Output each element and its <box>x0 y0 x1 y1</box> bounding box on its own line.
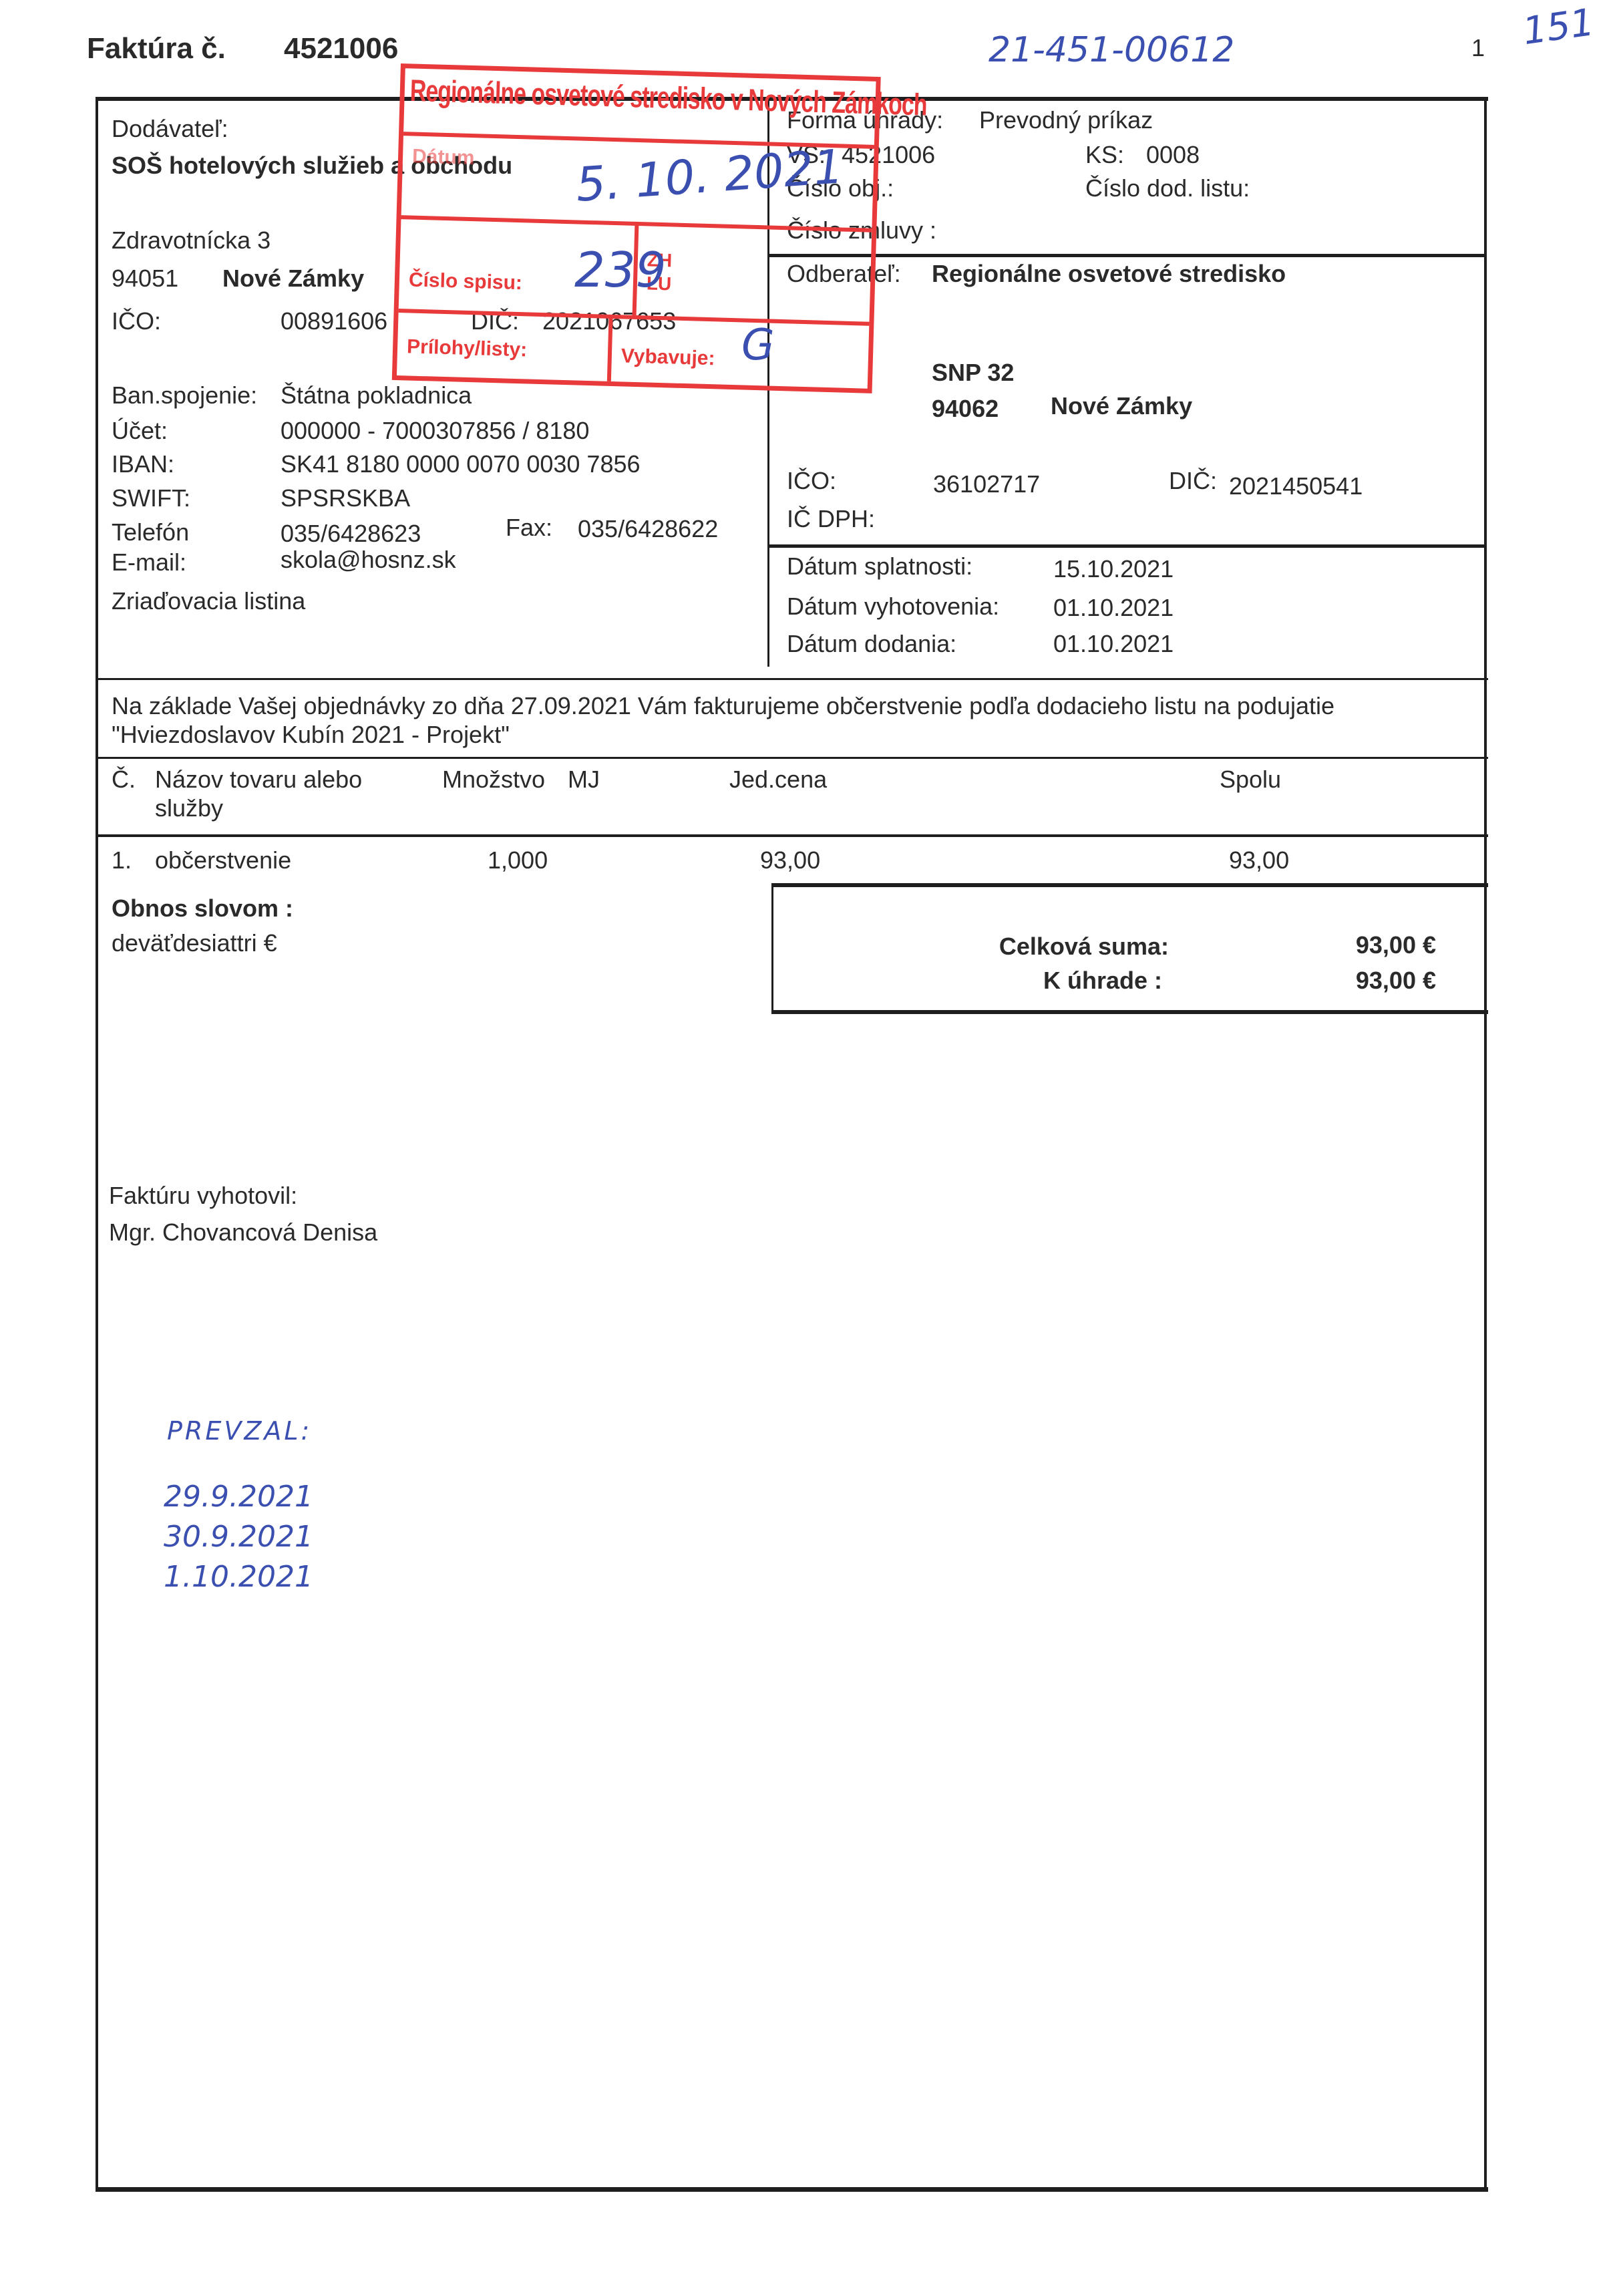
issue-date-label: Dátum vyhotovenia: <box>787 593 999 620</box>
row-name: občerstvenie <box>155 847 291 874</box>
stamp-file-number-value: 239 <box>574 242 666 298</box>
due-date-value: 15.10.2021 <box>1053 556 1174 583</box>
delivery-note-label: Číslo dod. listu: <box>1085 175 1250 202</box>
col-header-qty: Množstvo <box>442 766 545 793</box>
iban-value: SK41 8180 0000 0070 0030 7856 <box>281 451 641 478</box>
fax-label: Fax: <box>506 514 552 541</box>
stamp-handled-by-value: G <box>741 321 775 370</box>
phone-label: Telefón <box>112 519 189 546</box>
row-unit-price: 93,00 <box>760 847 820 874</box>
received-date-2: 30.9.2021 <box>164 1520 313 1554</box>
totals-box-bottom <box>771 1010 1488 1014</box>
email-label: E-mail: <box>112 549 186 576</box>
registration-note: Zriaďovacia listina <box>112 588 305 615</box>
delivery-date-label: Dátum dodania: <box>787 631 956 657</box>
bank-label: Ban.spojenie: <box>112 382 257 409</box>
row-qty: 1,000 <box>488 847 548 874</box>
amount-words-label: Obnos slovom : <box>112 895 293 922</box>
to-pay-label: K úhrade : <box>935 967 1162 994</box>
col-header-unit-price: Jed.cena <box>729 766 827 793</box>
row-no: 1. <box>112 847 132 874</box>
handwritten-reference: 21-451-00612 <box>989 30 1234 70</box>
description-line-1: Na základe Vašej objednávky zo dňa 27.09… <box>112 693 1334 719</box>
supplier-ico-label: IČO: <box>112 308 161 335</box>
delivery-date-value: 01.10.2021 <box>1053 631 1174 657</box>
dates-box-top <box>767 544 1487 548</box>
issue-date-value: 01.10.2021 <box>1053 595 1174 621</box>
col-header-total: Spolu <box>1220 766 1281 793</box>
customer-street: SNP 32 <box>932 359 1014 386</box>
description-line-2: "Hviezdoslavov Kubín 2021 - Projekt" <box>112 721 510 748</box>
stamp-organization: Regionálne osvetové stredisko v Nových Z… <box>409 73 927 123</box>
swift-value: SPSRSKBA <box>281 485 410 512</box>
frame-right <box>1484 97 1487 2191</box>
issuer-name: Mgr. Chovancová Denisa <box>109 1219 377 1246</box>
customer-dic-label: DIČ: <box>1169 468 1217 494</box>
frame-bottom <box>96 2187 1488 2192</box>
customer-icdph-label: IČ DPH: <box>787 506 875 532</box>
total-value: 93,00 € <box>1309 932 1436 959</box>
account-label: Účet: <box>112 418 168 444</box>
account-value: 000000 - 7000307856 / 8180 <box>281 418 589 444</box>
supplier-street: Zdravotnícka 3 <box>112 227 271 254</box>
registry-stamp: Regionálne osvetové stredisko v Nových Z… <box>392 63 881 393</box>
ks-label: KS: <box>1085 142 1124 168</box>
fax-value: 035/6428622 <box>578 516 718 542</box>
received-date-3: 1.10.2021 <box>164 1560 313 1594</box>
description-top <box>96 678 1488 680</box>
stamp-file-number-label: Číslo spisu: <box>408 269 522 295</box>
col-header-no: Č. <box>112 766 136 793</box>
stamp-attachments-label: Prílohy/listy: <box>407 335 528 361</box>
customer-name: Regionálne osvetové stredisko <box>932 261 1286 287</box>
invoice-number: 4521006 <box>284 32 398 65</box>
phone-value: 035/6428623 <box>281 520 421 547</box>
totals-box-left <box>771 883 773 1013</box>
supplier-ico: 00891606 <box>281 308 387 335</box>
iban-label: IBAN: <box>112 451 174 478</box>
invoice-title-label: Faktúra č. <box>87 32 226 65</box>
col-header-name: Názov tovaru alebo <box>155 766 362 793</box>
stamp-date-label: Dátum <box>412 146 475 170</box>
page-number: 1 <box>1471 35 1485 61</box>
customer-dic: 2021450541 <box>1229 473 1363 500</box>
ks-value: 0008 <box>1146 142 1200 168</box>
col-header-unit: MJ <box>568 766 600 793</box>
to-pay-value: 93,00 € <box>1309 967 1436 994</box>
customer-zip: 94062 <box>932 395 999 422</box>
frame-left <box>96 97 98 2191</box>
totals-box-top <box>771 883 1488 887</box>
supplier-city: Nové Zámky <box>222 265 364 292</box>
received-label: PREVZAL: <box>167 1416 312 1446</box>
supplier-label: Dodávateľ: <box>112 116 228 142</box>
handwritten-folio: 151 <box>1520 1 1597 53</box>
issuer-label: Faktúru vyhotovil: <box>109 1182 297 1209</box>
table-header-top <box>96 757 1488 759</box>
amount-words-value: deväťdesiattri € <box>112 930 277 957</box>
swift-label: SWIFT: <box>112 485 190 512</box>
total-label: Celková suma: <box>935 933 1169 960</box>
received-date-1: 29.9.2021 <box>164 1480 313 1514</box>
stamp-handled-by-label: Vybavuje: <box>620 345 715 370</box>
customer-city: Nové Zámky <box>1051 393 1192 420</box>
customer-ico: 36102717 <box>933 471 1040 498</box>
payment-method-value: Prevodný príkaz <box>979 107 1153 134</box>
col-header-name-2: služby <box>155 795 223 822</box>
table-rows-top <box>96 834 1488 837</box>
stamp-divider-5 <box>607 315 613 381</box>
due-date-label: Dátum splatnosti: <box>787 553 972 580</box>
bank-value: Štátna pokladnica <box>281 382 472 409</box>
supplier-zip: 94051 <box>112 265 178 292</box>
customer-ico-label: IČO: <box>787 468 836 494</box>
row-total: 93,00 <box>1229 847 1289 874</box>
email-value: skola@hosnz.sk <box>281 546 456 573</box>
